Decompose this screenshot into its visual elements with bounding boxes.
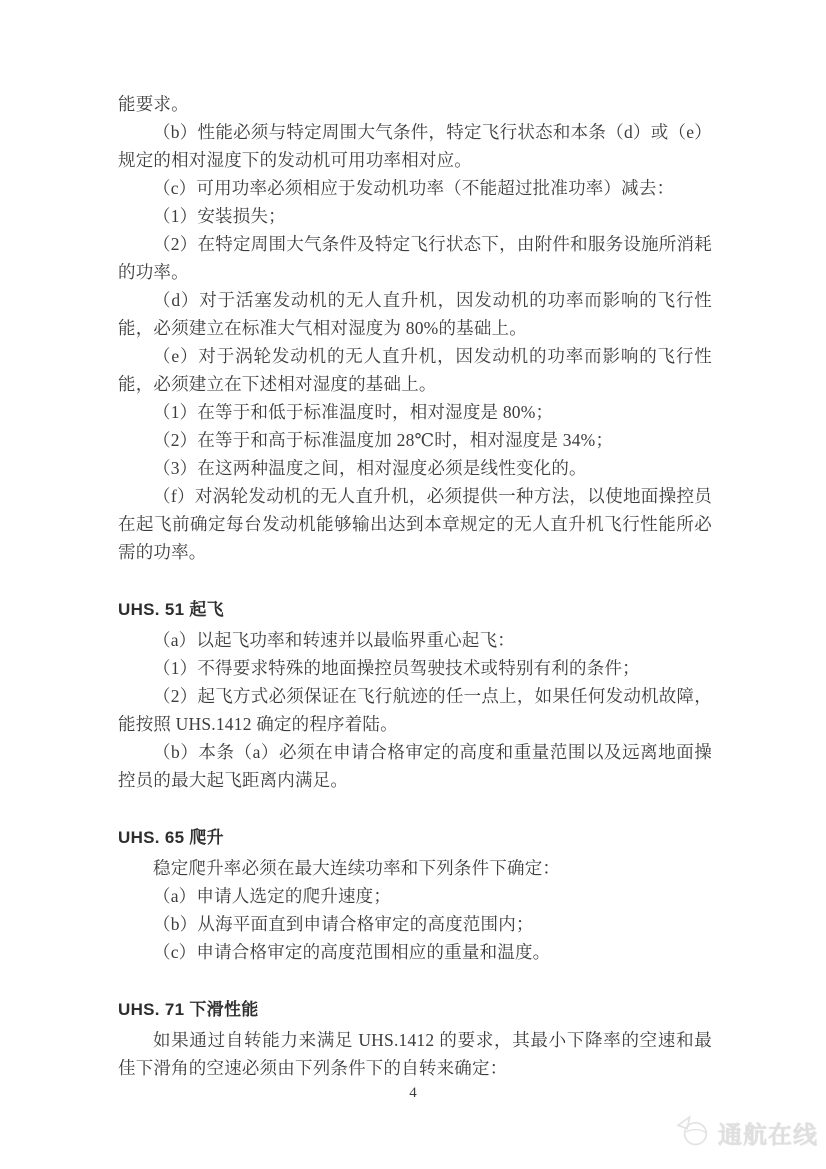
paragraph: （3）在这两种温度之间，相对湿度必须是线性变化的。 xyxy=(118,454,712,482)
watermark-text: 通航在线 xyxy=(718,1115,818,1150)
document-content: 能要求。 （b）性能必须与特定周围大气条件，特定飞行状态和本条（d）或（e）规定… xyxy=(118,90,712,1082)
paragraph: （c）申请合格审定的高度范围相应的重量和温度。 xyxy=(118,938,712,966)
paragraph: （a）申请人选定的爬升速度； xyxy=(118,882,712,910)
section-heading: UHS. 51 起飞 xyxy=(118,596,712,624)
paragraph: （1）不得要求特殊的地面操控员驾驶技术或特别有利的条件； xyxy=(118,654,712,682)
paragraph: （2）起飞方式必须保证在飞行航迹的任一点上，如果任何发动机故障，能按照 UHS.… xyxy=(118,682,712,738)
watermark: 通航在线 xyxy=(673,1112,818,1152)
paragraph: 能要求。 xyxy=(118,90,712,118)
paragraph: （c）可用功率必须相应于发动机功率（不能超过批准功率）减去： xyxy=(118,174,712,202)
document-page: 能要求。 （b）性能必须与特定周围大气条件，特定飞行状态和本条（d）或（e）规定… xyxy=(0,0,826,1169)
paragraph: （1）安装损失； xyxy=(118,202,712,230)
aircraft-globe-logo-icon xyxy=(673,1112,713,1152)
paragraph: （e）对于涡轮发动机的无人直升机，因发动机的功率而影响的飞行性能，必须建立在下述… xyxy=(118,342,712,398)
paragraph: （a）以起飞功率和转速并以最临界重心起飞： xyxy=(118,626,712,654)
paragraph: （d）对于活塞发动机的无人直升机，因发动机的功率而影响的飞行性能，必须建立在标准… xyxy=(118,286,712,342)
paragraph: （f）对涡轮发动机的无人直升机，必须提供一种方法，以使地面操控员在起飞前确定每台… xyxy=(118,482,712,566)
paragraph: （b）性能必须与特定周围大气条件，特定飞行状态和本条（d）或（e）规定的相对湿度… xyxy=(118,118,712,174)
paragraph: （b）本条（a）必须在申请合格审定的高度和重量范围以及远离地面操控员的最大起飞距… xyxy=(118,738,712,794)
section-heading: UHS. 65 爬升 xyxy=(118,824,712,852)
paragraph: （2）在等于和高于标准温度加 28℃时，相对湿度是 34%； xyxy=(118,426,712,454)
paragraph: （1）在等于和低于标准温度时，相对湿度是 80%； xyxy=(118,398,712,426)
paragraph: （b）从海平面直到申请合格审定的高度范围内； xyxy=(118,910,712,938)
paragraph: （2）在特定周围大气条件及特定飞行状态下，由附件和服务设施所消耗的功率。 xyxy=(118,230,712,286)
page-number: 4 xyxy=(0,1080,826,1106)
paragraph: 稳定爬升率必须在最大连续功率和下列条件下确定： xyxy=(118,854,712,882)
section-heading: UHS. 71 下滑性能 xyxy=(118,996,712,1024)
paragraph: 如果通过自转能力来满足 UHS.1412 的要求，其最小下降率的空速和最佳下滑角… xyxy=(118,1026,712,1082)
